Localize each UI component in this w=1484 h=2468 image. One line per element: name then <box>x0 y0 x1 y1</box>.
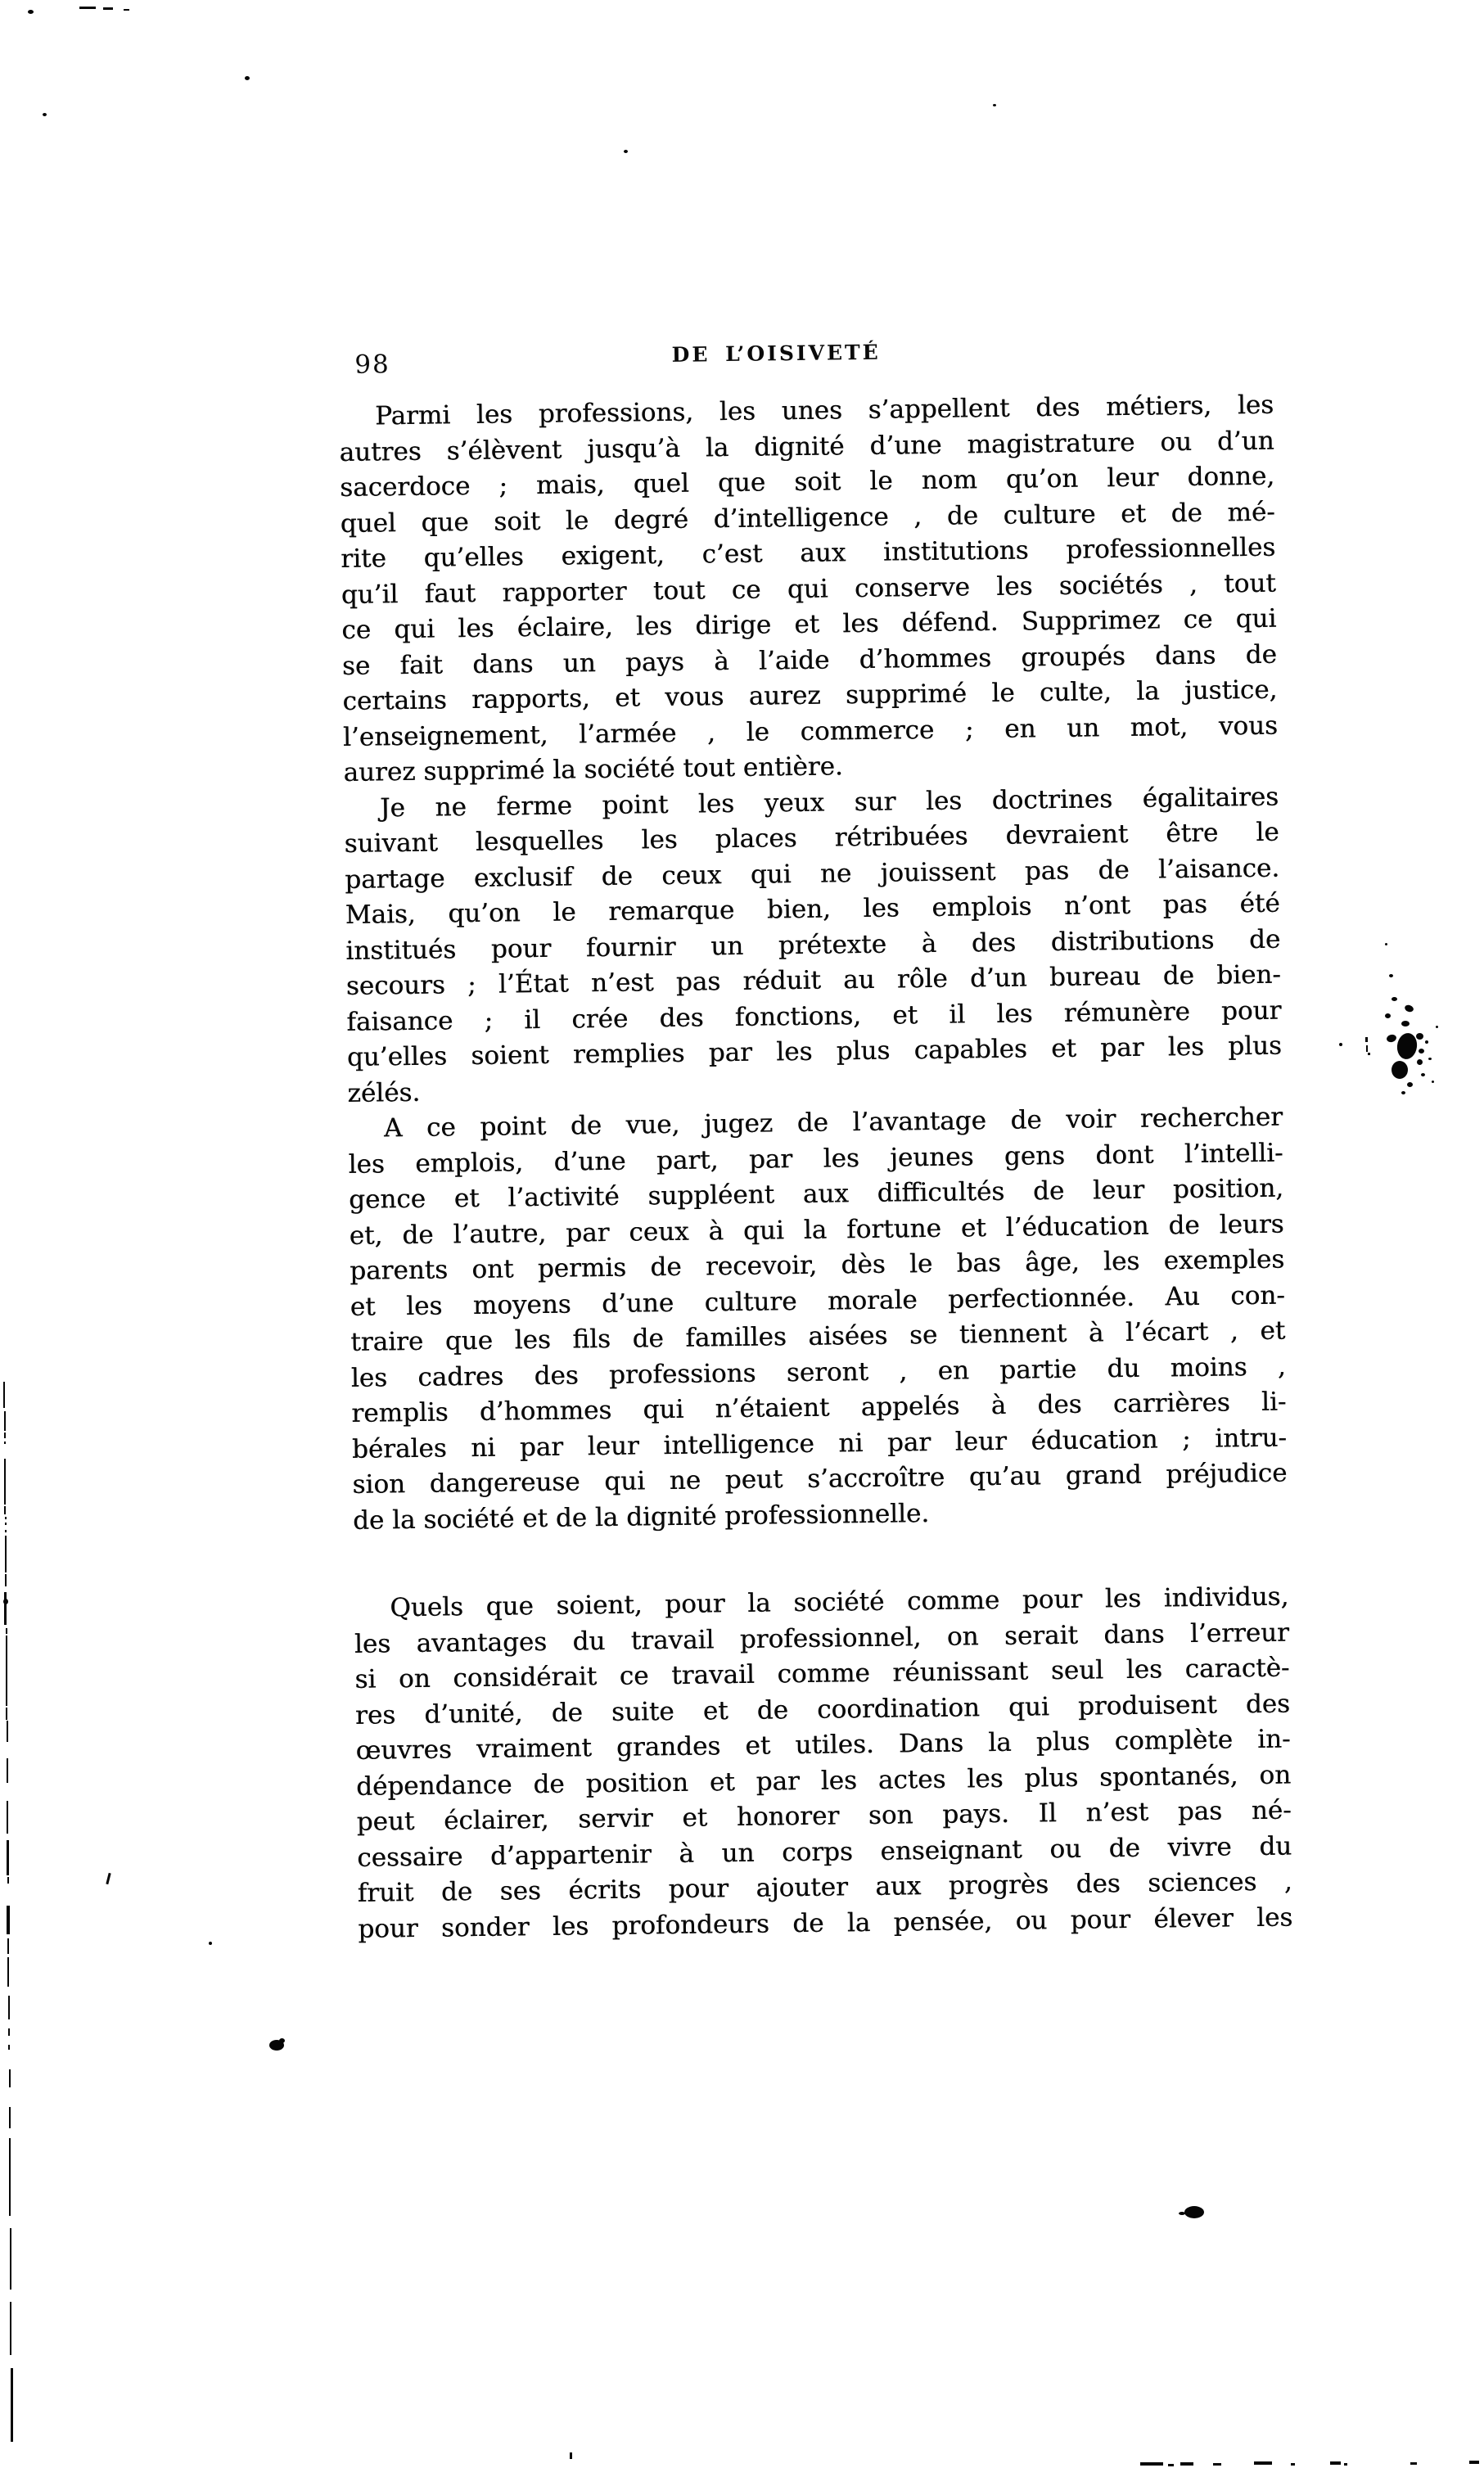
fold-line-mark <box>7 1801 8 1834</box>
fold-line-mark <box>3 1382 5 1408</box>
fold-line-mark <box>11 2368 13 2442</box>
fold-line-mark <box>5 1530 7 1532</box>
paragraph-4: Quels que soient, pour la société comme … <box>354 1580 1292 1947</box>
speck-mark <box>106 1873 111 1884</box>
ink-smudge-mark <box>1366 1045 1368 1052</box>
ink-smudge-mark <box>1385 1013 1391 1018</box>
fold-line-mark <box>4 1506 6 1514</box>
fold-line-mark <box>9 2069 11 2087</box>
fold-line-mark <box>5 1517 7 1519</box>
ink-smudge-mark <box>1392 1061 1408 1079</box>
ink-smudge-mark <box>1404 1004 1414 1013</box>
fold-line-mark <box>4 1459 6 1505</box>
ink-smudge-mark <box>1419 1049 1424 1054</box>
speck-mark <box>28 10 34 14</box>
edge-dash-mark <box>1291 2463 1295 2466</box>
ink-smudge-mark <box>1396 1031 1419 1060</box>
ink-smudge-mark <box>1368 1053 1370 1055</box>
fold-line-mark <box>7 1840 9 1875</box>
fold-line-mark <box>8 2028 10 2036</box>
edge-dash-mark <box>1140 2462 1163 2466</box>
edge-dash-mark <box>1168 2464 1174 2466</box>
fold-line-mark <box>5 1523 7 1525</box>
edge-dash-mark <box>1213 2463 1221 2466</box>
speck-mark <box>993 104 996 106</box>
ink-smudge-mark <box>1421 1073 1425 1076</box>
speck-mark <box>124 9 129 11</box>
fold-line-mark <box>5 1536 7 1572</box>
edge-dash-mark <box>1469 2461 1479 2464</box>
fold-line-mark <box>6 1628 7 1634</box>
fold-line-mark <box>8 1996 10 2019</box>
fold-line-mark <box>3 1599 8 1604</box>
ink-smudge-mark <box>1385 943 1387 945</box>
ink-smudge-mark <box>1425 1040 1428 1044</box>
fold-line-mark <box>7 1877 9 1884</box>
ink-smudge-mark <box>1407 1082 1413 1087</box>
paragraph-3: A ce point de vue, jugez de l’avantage d… <box>348 1100 1288 1539</box>
ink-smudge-mark <box>1432 1081 1434 1083</box>
fold-line-mark <box>7 1758 8 1783</box>
edge-dash-mark <box>1254 2461 1272 2465</box>
fold-line-mark <box>8 2045 10 2050</box>
fold-line-mark <box>7 1906 10 1934</box>
speck-mark <box>209 1942 212 1945</box>
ink-smudge-mark <box>1386 1034 1397 1044</box>
ink-smudge-mark <box>1401 1021 1410 1026</box>
ink-blot-mark <box>1179 2212 1185 2215</box>
fold-line-mark <box>6 1708 7 1720</box>
edge-dash-mark <box>1330 2461 1341 2465</box>
fold-line-mark <box>4 1592 7 1625</box>
body-text: Parmi les professions, les unes s’appell… <box>339 388 1293 1947</box>
ink-smudge-mark <box>1428 1058 1432 1060</box>
edge-dash-mark <box>1344 2463 1347 2466</box>
fold-line-mark <box>9 2107 11 2128</box>
ink-smudge-mark <box>1365 1037 1368 1042</box>
running-head: 98 DE L’OISIVETÉ <box>338 332 1274 399</box>
paragraph-2: Je ne ferme point les yeux sur les doctr… <box>344 779 1283 1112</box>
fold-line-mark <box>4 1411 6 1431</box>
ink-smudge-mark <box>1417 1059 1423 1065</box>
ink-smudge-mark <box>1436 1026 1438 1028</box>
fold-line-mark <box>10 2302 11 2355</box>
page-content: 98 DE L’OISIVETÉ Parmi les professions, … <box>338 332 1293 1947</box>
ink-smudge-mark <box>1389 974 1393 977</box>
speck-mark <box>79 7 96 9</box>
fold-line-mark <box>6 1636 7 1706</box>
fold-line-mark <box>4 1433 6 1438</box>
scanned-book-page: 98 DE L’OISIVETÉ Parmi les professions, … <box>0 0 1484 2468</box>
fold-line-mark <box>7 1938 9 1954</box>
fold-line-mark <box>10 2228 11 2290</box>
ink-smudge-mark <box>1416 1033 1423 1040</box>
edge-dash-mark <box>1180 2462 1193 2466</box>
fold-line-mark <box>4 1442 6 1444</box>
ink-smudge-mark <box>1339 1043 1342 1046</box>
edge-dash-mark <box>1410 2462 1417 2465</box>
fold-line-mark <box>9 2138 11 2216</box>
paragraph-1: Parmi les professions, les unes s’appell… <box>339 388 1279 792</box>
speck-mark <box>624 150 628 153</box>
speck-mark <box>245 76 250 80</box>
fold-line-mark <box>7 1721 8 1742</box>
fold-line-mark <box>7 1957 9 1987</box>
speck-mark <box>570 2452 572 2459</box>
ink-blot-mark <box>1184 2206 1204 2218</box>
speck-mark <box>103 7 113 10</box>
ink-smudge-mark <box>1392 997 1397 1001</box>
page-number: 98 <box>354 350 390 380</box>
fold-line-mark <box>5 1574 7 1586</box>
ink-blot-mark <box>279 2038 285 2043</box>
ink-smudge-mark <box>1401 1091 1405 1094</box>
running-title: DE L’OISIVETÉ <box>671 341 880 367</box>
speck-mark <box>43 113 47 116</box>
